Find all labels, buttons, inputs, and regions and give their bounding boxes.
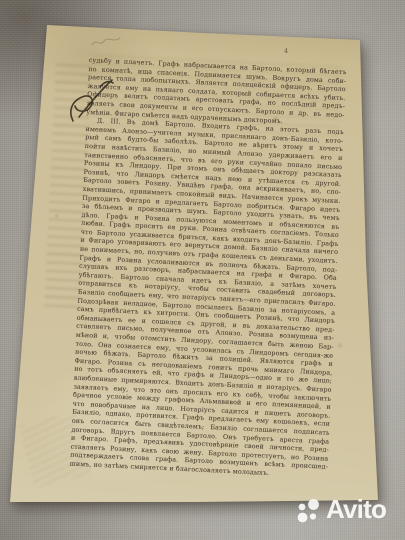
- photo-background: 4 судьбу и плачетъ. Графъ набрасывается …: [0, 0, 405, 540]
- avito-logo-icon: [293, 495, 324, 526]
- book-page: 4 судьбу и плачетъ. Графъ набрасывается …: [0, 0, 405, 540]
- page-number: 4: [284, 47, 289, 55]
- paragraph: Подозрѣвая неладное, Бартоло посылаетъ Б…: [70, 296, 336, 480]
- paper-shadow: 4 судьбу и плачетъ. Графъ набрасывается …: [0, 0, 405, 540]
- pencil-mark-icon: [90, 34, 122, 50]
- ink-scribble-icon: [64, 76, 120, 126]
- paragraph: Д. III. Въ домѣ Бартоло. Входитъ графъ, …: [78, 116, 344, 308]
- avito-brand-text: Avito: [326, 496, 386, 522]
- avito-watermark: Avito: [293, 492, 403, 528]
